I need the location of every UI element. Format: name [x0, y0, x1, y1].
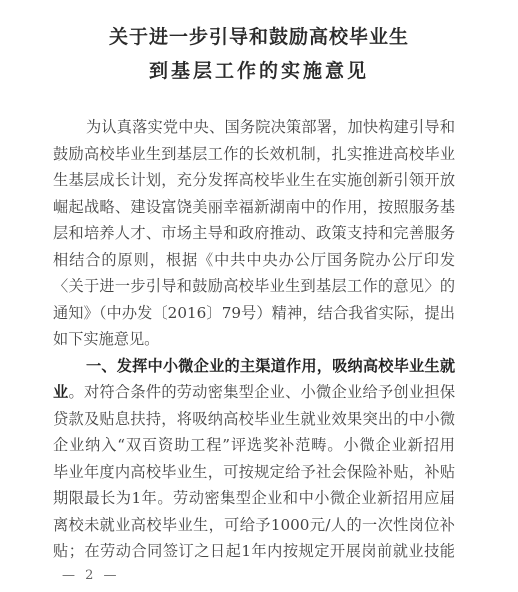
section-1-line: 期限最长为1年。劳动密集型企业和中小微企业新招用应届: [53, 488, 455, 508]
document-title-line-1: 关于进一步引导和鼓励高校毕业生: [0, 22, 518, 49]
section-1-line: 贷款及贴息扶持，将吸纳高校毕业生就业效果突出的中小微: [53, 409, 455, 429]
intro-line: 〈关于进一步引导和鼓励高校毕业生到基层工作的意见〉的: [53, 276, 455, 296]
page-number: — 2 —: [62, 568, 120, 583]
section-1-text: 。对符合条件的劳动密集型企业、小微企业给予创业担保: [68, 383, 455, 401]
section-1-heading-tail: 业: [53, 383, 68, 401]
section-1-heading: 一、发挥中小微企业的主渠道作用，吸纳高校毕业生就: [86, 356, 455, 376]
intro-line: 生基层成长计划，充分发挥高校毕业生在实施创新引领开放: [53, 170, 455, 190]
section-1-line: 业。对符合条件的劳动密集型企业、小微企业给予创业担保: [53, 382, 455, 402]
intro-line: 层和培养人才、市场主导和政府推动、政策支持和完善服务: [53, 223, 455, 243]
section-1-line: 贴；在劳动合同签订之日起1年内按规定开展岗前就业技能: [53, 541, 455, 561]
section-1-line: 毕业年度内高校毕业生，可按规定给予社会保险补贴，补贴: [53, 462, 455, 482]
section-1-line: 企业纳入“双百资助工程”评选奖补范畴。小微企业新招用: [53, 435, 455, 455]
intro-line: 通知》（中办发〔2016〕79号）精神，结合我省实际，提出: [53, 303, 455, 323]
intro-line: 如下实施意见。: [53, 329, 455, 349]
intro-line: 为认真落实党中央、国务院决策部署，加快构建引导和: [86, 117, 455, 137]
section-1-line: 离校未就业高校毕业生，可给予1000元/人的一次性岗位补: [53, 515, 455, 535]
document-title-line-2: 到基层工作的实施意见: [0, 56, 518, 83]
intro-line: 崛起战略、建设富饶美丽幸福新湖南中的作用，按照服务基: [53, 197, 455, 217]
intro-line: 鼓励高校毕业生到基层工作的长效机制，扎实推进高校毕业: [53, 144, 455, 164]
intro-line: 相结合的原则，根据《中共中央办公厅国务院办公厅印发: [53, 250, 455, 270]
